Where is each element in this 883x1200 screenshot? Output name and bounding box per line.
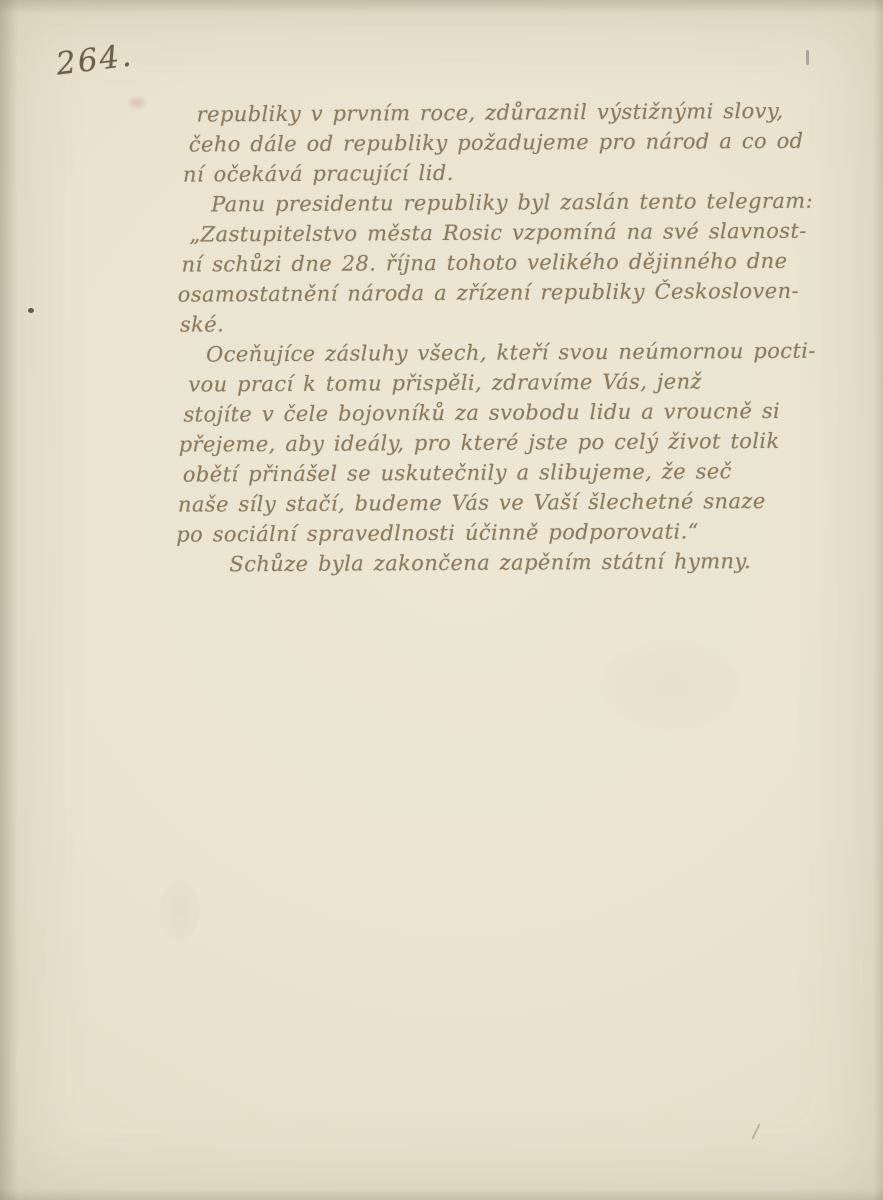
ink-speck	[28, 308, 34, 313]
handwritten-line: naše síly stačí, budeme Vás ve Vaší šlec…	[178, 485, 883, 519]
handwritten-line: po sociální spravedlnosti účinně podporo…	[176, 515, 883, 549]
manuscript-page: 264. republiky v prvním roce, zdůraznil …	[0, 0, 883, 1200]
handwritten-line: ní schůzi dne 28. října tohoto velikého …	[181, 245, 882, 279]
scan-edge-shadow	[0, 1188, 883, 1200]
handwritten-line: Panu presidentu republiky byl zaslán ten…	[211, 185, 882, 219]
handwritten-line: Schůze byla zakončena zapěním státní hym…	[229, 545, 883, 579]
handwritten-line: ské.	[180, 305, 883, 339]
handwritten-line: obětí přinášel se uskutečnily a slibujem…	[183, 455, 883, 489]
scratch-mark	[751, 1123, 760, 1139]
pencil-tick-mark	[806, 50, 809, 65]
paper-stain	[600, 640, 740, 730]
page-number: 264.	[54, 37, 135, 82]
handwritten-line: republiky v prvním roce, zdůraznil výsti…	[197, 95, 882, 129]
handwritten-line: čeho dále od republiky požadujeme pro ná…	[189, 125, 882, 159]
paper-stain	[128, 96, 146, 109]
handwritten-line: ní očekává pracující lid.	[183, 155, 882, 189]
handwritten-line: osamostatnění národa a zřízení republiky…	[178, 275, 883, 309]
handwritten-line: Oceňujíce zásluhy všech, kteří svou neúm…	[206, 335, 883, 369]
scan-edge-shadow	[0, 0, 883, 14]
handwritten-line: stojíte v čele bojovníků za svobodu lidu…	[183, 395, 883, 429]
handwritten-text-block: republiky v prvním roce, zdůraznil výsti…	[0, 95, 883, 580]
paper-stain	[160, 880, 200, 940]
handwritten-line: vou prací k tomu přispěli, zdravíme Vás,…	[188, 365, 883, 399]
handwritten-line: „Zastupitelstvo města Rosic vzpomíná na …	[189, 215, 882, 249]
handwritten-line: přejeme, aby ideály, pro které jste po c…	[179, 425, 883, 459]
